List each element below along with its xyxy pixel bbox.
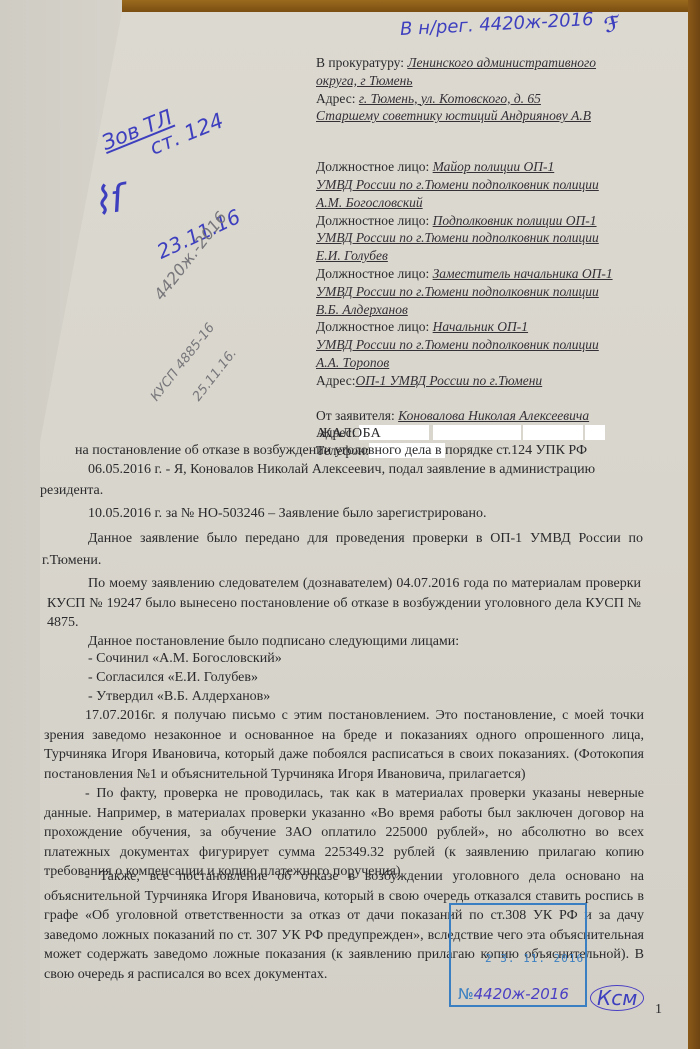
- handwritten-signature: ⌇ſ: [89, 176, 127, 224]
- official-label: Должностное лицо:: [316, 213, 429, 228]
- official-label: Должностное лицо:: [316, 159, 429, 174]
- official-label: Должностное лицо:: [316, 319, 429, 334]
- paragraph-submission: 06.05.2016 г. - Я, Коновалов Николай Але…: [88, 460, 595, 480]
- table-edge-right: [688, 0, 700, 1049]
- paragraph-transfer-cont: г.Тюмени.: [42, 551, 101, 571]
- page-number: 1: [655, 1002, 662, 1018]
- stamp-number: №4420ж-2016: [458, 985, 569, 1003]
- prosecutor-label: В прокуратуру:: [316, 55, 404, 70]
- document-title: ЖАЛОБА: [0, 426, 700, 442]
- applicant-label: От заявителя:: [316, 408, 395, 423]
- officials-address-value: ОП-1 УМВД России по г.Тюмени: [355, 373, 542, 388]
- signatory-item: - Согласился «Е.И. Голубев»: [88, 670, 258, 686]
- official-name: В.Б. Алдерханов: [316, 302, 408, 317]
- signatory-item: - Утвердил «В.Б. Алдерханов»: [88, 689, 270, 705]
- document-subtitle: на постановление об отказе в возбуждении…: [75, 443, 587, 459]
- address-label: Адрес:: [316, 91, 355, 106]
- official-label: Должностное лицо:: [316, 266, 429, 281]
- official-name: Е.И. Голубев: [316, 248, 388, 263]
- paragraph-letter-received: 17.07.2016г. я получаю письмо с этим пос…: [44, 706, 644, 784]
- official-name: А.М. Богословский: [316, 195, 423, 210]
- stamp-number-prefix: №: [458, 985, 474, 1003]
- official-department: УМВД России по г.Тюмени подполковник пол…: [316, 337, 599, 352]
- official-position: Подполковник полиции ОП-1: [433, 213, 597, 228]
- official-position: Майор полиции ОП-1: [433, 159, 555, 174]
- signatory-item: - Сочинил «А.М. Богословский»: [88, 651, 282, 667]
- official-position: Заместитель начальника ОП-1: [433, 266, 613, 281]
- paragraph-transfer: Данное заявление было передано для прове…: [88, 529, 643, 549]
- paragraph-registration: 10.05.2016 г. за № НО-503246 – Заявление…: [88, 504, 486, 524]
- addressee-block: В прокуратуру: Ленинского административн…: [316, 54, 636, 460]
- official-name: А.А. Торопов: [316, 355, 389, 370]
- official-position: Начальник ОП-1: [433, 319, 528, 334]
- officials-address-label: Адрес:: [316, 373, 355, 388]
- official-department: УМВД России по г.Тюмени подполковник пол…: [316, 230, 599, 245]
- stamp-signature: Ксм: [590, 985, 644, 1011]
- official-department: УМВД России по г.Тюмени подполковник пол…: [316, 177, 599, 192]
- recipient: Старшему советнику юстиций Андриянову А.…: [316, 108, 591, 123]
- prosecutor-value: Ленинского административного: [407, 55, 596, 70]
- prosecutor-value-cont: округа, г Тюмень: [316, 73, 413, 88]
- stamp-date: 2 3. 11. 2016: [485, 952, 584, 965]
- paragraph-signed-by: Данное постановление было подписано след…: [88, 632, 459, 652]
- address-value: г. Тюмень, ул. Котовского, д. 65: [359, 91, 541, 106]
- paragraph-refusal: По моему заявлению следователем (дознава…: [47, 574, 641, 633]
- applicant-name: Коноваловa Николая Алексеевича: [398, 408, 589, 423]
- official-department: УМВД России по г.Тюмени подполковник пол…: [316, 284, 599, 299]
- paragraph-submission-cont: резидента.: [40, 481, 103, 501]
- stamp-number-handwritten: 4420ж-2016: [474, 985, 569, 1003]
